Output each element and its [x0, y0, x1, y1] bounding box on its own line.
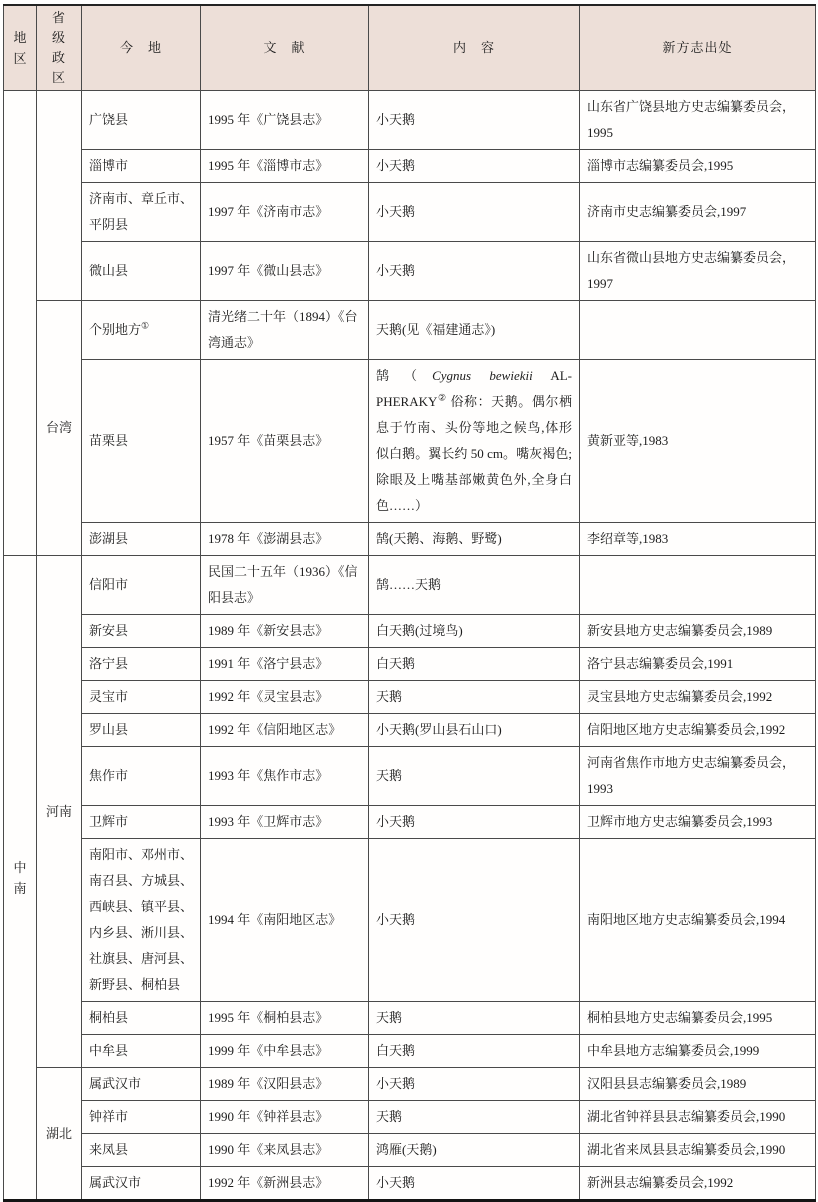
- content-cell: 天鹅: [369, 1002, 580, 1035]
- table-row: 钟祥市1990 年《钟祥县志》天鹅湖北省钟祥县县志编纂委员会,1990: [4, 1101, 816, 1134]
- place-cell: 焦作市: [82, 747, 201, 806]
- place-cell: 淄博市: [82, 150, 201, 183]
- gazetteer-cell: 山东省微山县地方史志编纂委员会，1997: [580, 242, 816, 301]
- province-cell: 台湾: [37, 301, 82, 556]
- scanned-document-page: 地区 省级政区 今 地 文 献 内 容 新方志出处 广饶县1995 年《广饶县志…: [0, 0, 818, 1151]
- source-cell: 1993 年《卫辉市志》: [201, 806, 369, 839]
- table-row: 桐柏县1995 年《桐柏县志》天鹅桐柏县地方史志编纂委员会,1995: [4, 1002, 816, 1035]
- content-cell: 天鹅: [369, 1101, 580, 1134]
- place-cell: 来凤县: [82, 1134, 201, 1167]
- place-cell: 卫辉市: [82, 806, 201, 839]
- content-cell: 鹄……天鹅: [369, 556, 580, 615]
- table-row: 属武汉市1992 年《新洲县志》小天鹅新洲县志编纂委员会,1992: [4, 1167, 816, 1201]
- place-cell: 中牟县: [82, 1035, 201, 1068]
- content-cell: 小天鹅: [369, 150, 580, 183]
- table-row: 灵宝市1992 年《灵宝县志》天鹅灵宝县地方史志编纂委员会,1992: [4, 681, 816, 714]
- table-row: 苗栗县1957 年《苗栗县志》鹄（Cygnus bewiekii AL-PHER…: [4, 360, 816, 523]
- source-cell: 1978 年《澎湖县志》: [201, 523, 369, 556]
- place-cell: 济南市、章丘市、平阴县: [82, 183, 201, 242]
- gazetteer-cell: 河南省焦作市地方史志编纂委员会，1993: [580, 747, 816, 806]
- place-cell: 苗栗县: [82, 360, 201, 523]
- source-cell: 民国二十五年（1936）《信阳县志》: [201, 556, 369, 615]
- table-row: 罗山县1992 年《信阳地区志》小天鹅(罗山县石山口)信阳地区地方史志编纂委员会…: [4, 714, 816, 747]
- content-cell: 天鹅: [369, 681, 580, 714]
- content-cell: 鹄（Cygnus bewiekii AL-PHERAKY② 俗称：天鹅。偶尔栖息…: [369, 360, 580, 523]
- footnote-marker: ①: [141, 321, 149, 331]
- table-row: 南阳市、邓州市、南召县、方城县、西峡县、镇平县、内乡县、淅川县、社旗县、唐河县、…: [4, 839, 816, 1002]
- footnote-marker: ②: [437, 393, 446, 403]
- table-row: 济南市、章丘市、平阴县1997 年《济南市志》小天鹅济南市史志编纂委员会,199…: [4, 183, 816, 242]
- source-cell: 1992 年《信阳地区志》: [201, 714, 369, 747]
- column-header-gazetteer: 新方志出处: [580, 5, 816, 91]
- table-body: 广饶县1995 年《广饶县志》小天鹅山东省广饶县地方史志编纂委员会，1995淄博…: [4, 91, 816, 1201]
- header-row: 地区 省级政区 今 地 文 献 内 容 新方志出处: [4, 5, 816, 91]
- source-cell: 1997 年《微山县志》: [201, 242, 369, 301]
- province-cell: 湖北: [37, 1068, 82, 1201]
- place-cell: 罗山县: [82, 714, 201, 747]
- table-row: 卫辉市1993 年《卫辉市志》小天鹅卫辉市地方史志编纂委员会,1993: [4, 806, 816, 839]
- gazetteer-cell: 卫辉市地方史志编纂委员会,1993: [580, 806, 816, 839]
- content-cell: 小天鹅: [369, 839, 580, 1002]
- gazetteer-cell: 洛宁县志编纂委员会,1991: [580, 648, 816, 681]
- gazetteer-cell: 山东省广饶县地方史志编纂委员会，1995: [580, 91, 816, 150]
- content-cell: 天鹅(见《福建通志》): [369, 301, 580, 360]
- gazetteer-cell: 汉阳县县志编纂委员会,1989: [580, 1068, 816, 1101]
- gazetteer-cell: 新安县地方史志编纂委员会,1989: [580, 615, 816, 648]
- source-cell: 1989 年《新安县志》: [201, 615, 369, 648]
- place-cell: 广饶县: [82, 91, 201, 150]
- province-cell: 河南: [37, 556, 82, 1068]
- table-row: 中南河南信阳市民国二十五年（1936）《信阳县志》鹄……天鹅: [4, 556, 816, 615]
- species-latin-name: Cygnus bewiekii: [432, 368, 533, 383]
- place-cell: 钟祥市: [82, 1101, 201, 1134]
- table-row: 来凤县1990 年《来凤县志》鸿雁(天鹅)湖北省来凤县县志编纂委员会,1990: [4, 1134, 816, 1167]
- gazetteer-cell: 济南市史志编纂委员会,1997: [580, 183, 816, 242]
- gazetteer-cell: 新洲县志编纂委员会,1992: [580, 1167, 816, 1201]
- source-cell: 1989 年《汉阳县志》: [201, 1068, 369, 1101]
- place-cell: 洛宁县: [82, 648, 201, 681]
- content-cell: 小天鹅: [369, 242, 580, 301]
- province-cell: [37, 91, 82, 301]
- column-header-place: 今 地: [82, 5, 201, 91]
- source-cell: 1957 年《苗栗县志》: [201, 360, 369, 523]
- gazetteer-cell: 湖北省钟祥县县志编纂委员会,1990: [580, 1101, 816, 1134]
- gazetteer-records-table: 地区 省级政区 今 地 文 献 内 容 新方志出处 广饶县1995 年《广饶县志…: [3, 4, 816, 1202]
- gazetteer-cell: 中牟县地方志编纂委员会,1999: [580, 1035, 816, 1068]
- column-header-region: 地区: [4, 5, 37, 91]
- content-cell: 鹄(天鹅、海鹅、野鹭): [369, 523, 580, 556]
- gazetteer-cell: 湖北省来凤县县志编纂委员会,1990: [580, 1134, 816, 1167]
- gazetteer-cell: [580, 556, 816, 615]
- source-cell: 清光绪二十年（1894）《台湾通志》: [201, 301, 369, 360]
- table-row: 微山县1997 年《微山县志》小天鹅山东省微山县地方史志编纂委员会，1997: [4, 242, 816, 301]
- gazetteer-cell: 信阳地区地方史志编纂委员会,1992: [580, 714, 816, 747]
- place-cell: 澎湖县: [82, 523, 201, 556]
- table-row: 澎湖县1978 年《澎湖县志》鹄(天鹅、海鹅、野鹭)李绍章等,1983: [4, 523, 816, 556]
- content-cell: 鸿雁(天鹅): [369, 1134, 580, 1167]
- source-cell: 1994 年《南阳地区志》: [201, 839, 369, 1002]
- source-cell: 1995 年《淄博市志》: [201, 150, 369, 183]
- source-cell: 1991 年《洛宁县志》: [201, 648, 369, 681]
- content-cell: 小天鹅(罗山县石山口): [369, 714, 580, 747]
- table-row: 淄博市1995 年《淄博市志》小天鹅淄博市志编纂委员会,1995: [4, 150, 816, 183]
- column-header-source: 文 献: [201, 5, 369, 91]
- content-cell: 白天鹅: [369, 648, 580, 681]
- source-cell: 1999 年《中牟县志》: [201, 1035, 369, 1068]
- gazetteer-cell: [580, 301, 816, 360]
- region-cell: [4, 91, 37, 556]
- place-cell: 微山县: [82, 242, 201, 301]
- content-cell: 白天鹅(过境鸟): [369, 615, 580, 648]
- content-cell: 小天鹅: [369, 1068, 580, 1101]
- gazetteer-cell: 南阳地区地方史志编纂委员会,1994: [580, 839, 816, 1002]
- source-cell: 1992 年《新洲县志》: [201, 1167, 369, 1201]
- source-cell: 1997 年《济南市志》: [201, 183, 369, 242]
- gazetteer-cell: 李绍章等,1983: [580, 523, 816, 556]
- gazetteer-cell: 灵宝县地方史志编纂委员会,1992: [580, 681, 816, 714]
- table-row: 中牟县1999 年《中牟县志》白天鹅中牟县地方志编纂委员会,1999: [4, 1035, 816, 1068]
- content-cell: 小天鹅: [369, 1167, 580, 1201]
- content-cell: 小天鹅: [369, 91, 580, 150]
- content-cell: 小天鹅: [369, 806, 580, 839]
- place-cell: 桐柏县: [82, 1002, 201, 1035]
- content-text: 鹄（: [376, 368, 432, 383]
- region-label: 中南: [14, 857, 27, 899]
- place-cell: 属武汉市: [82, 1068, 201, 1101]
- place-cell: 属武汉市: [82, 1167, 201, 1201]
- region-cell: 中南: [4, 556, 37, 1201]
- source-cell: 1993 年《焦作市志》: [201, 747, 369, 806]
- table-row: 台湾个别地方①清光绪二十年（1894）《台湾通志》天鹅(见《福建通志》): [4, 301, 816, 360]
- table-row: 新安县1989 年《新安县志》白天鹅(过境鸟)新安县地方史志编纂委员会,1989: [4, 615, 816, 648]
- source-cell: 1990 年《来凤县志》: [201, 1134, 369, 1167]
- gazetteer-cell: 淄博市志编纂委员会,1995: [580, 150, 816, 183]
- source-cell: 1990 年《钟祥县志》: [201, 1101, 369, 1134]
- table-row: 广饶县1995 年《广饶县志》小天鹅山东省广饶县地方史志编纂委员会，1995: [4, 91, 816, 150]
- place-cell: 灵宝市: [82, 681, 201, 714]
- place-cell: 信阳市: [82, 556, 201, 615]
- content-cell: 白天鹅: [369, 1035, 580, 1068]
- table-header: 地区 省级政区 今 地 文 献 内 容 新方志出处: [4, 5, 816, 91]
- content-text: AL-PHERAKY② 俗称：天鹅。偶尔栖息于竹南、头份等地之候鸟,体形似白鹅。…: [376, 368, 572, 513]
- place-cell: 新安县: [82, 615, 201, 648]
- table-row: 焦作市1993 年《焦作市志》天鹅河南省焦作市地方史志编纂委员会，1993: [4, 747, 816, 806]
- column-header-province: 省级政区: [37, 5, 82, 91]
- source-cell: 1995 年《桐柏县志》: [201, 1002, 369, 1035]
- column-header-content: 内 容: [369, 5, 580, 91]
- source-cell: 1992 年《灵宝县志》: [201, 681, 369, 714]
- place-cell: 个别地方①: [82, 301, 201, 360]
- table-row: 湖北属武汉市1989 年《汉阳县志》小天鹅汉阳县县志编纂委员会,1989: [4, 1068, 816, 1101]
- content-cell: 小天鹅: [369, 183, 580, 242]
- source-cell: 1995 年《广饶县志》: [201, 91, 369, 150]
- table-row: 洛宁县1991 年《洛宁县志》白天鹅洛宁县志编纂委员会,1991: [4, 648, 816, 681]
- content-cell: 天鹅: [369, 747, 580, 806]
- gazetteer-cell: 黄新亚等,1983: [580, 360, 816, 523]
- place-cell: 南阳市、邓州市、南召县、方城县、西峡县、镇平县、内乡县、淅川县、社旗县、唐河县、…: [82, 839, 201, 1002]
- gazetteer-cell: 桐柏县地方史志编纂委员会,1995: [580, 1002, 816, 1035]
